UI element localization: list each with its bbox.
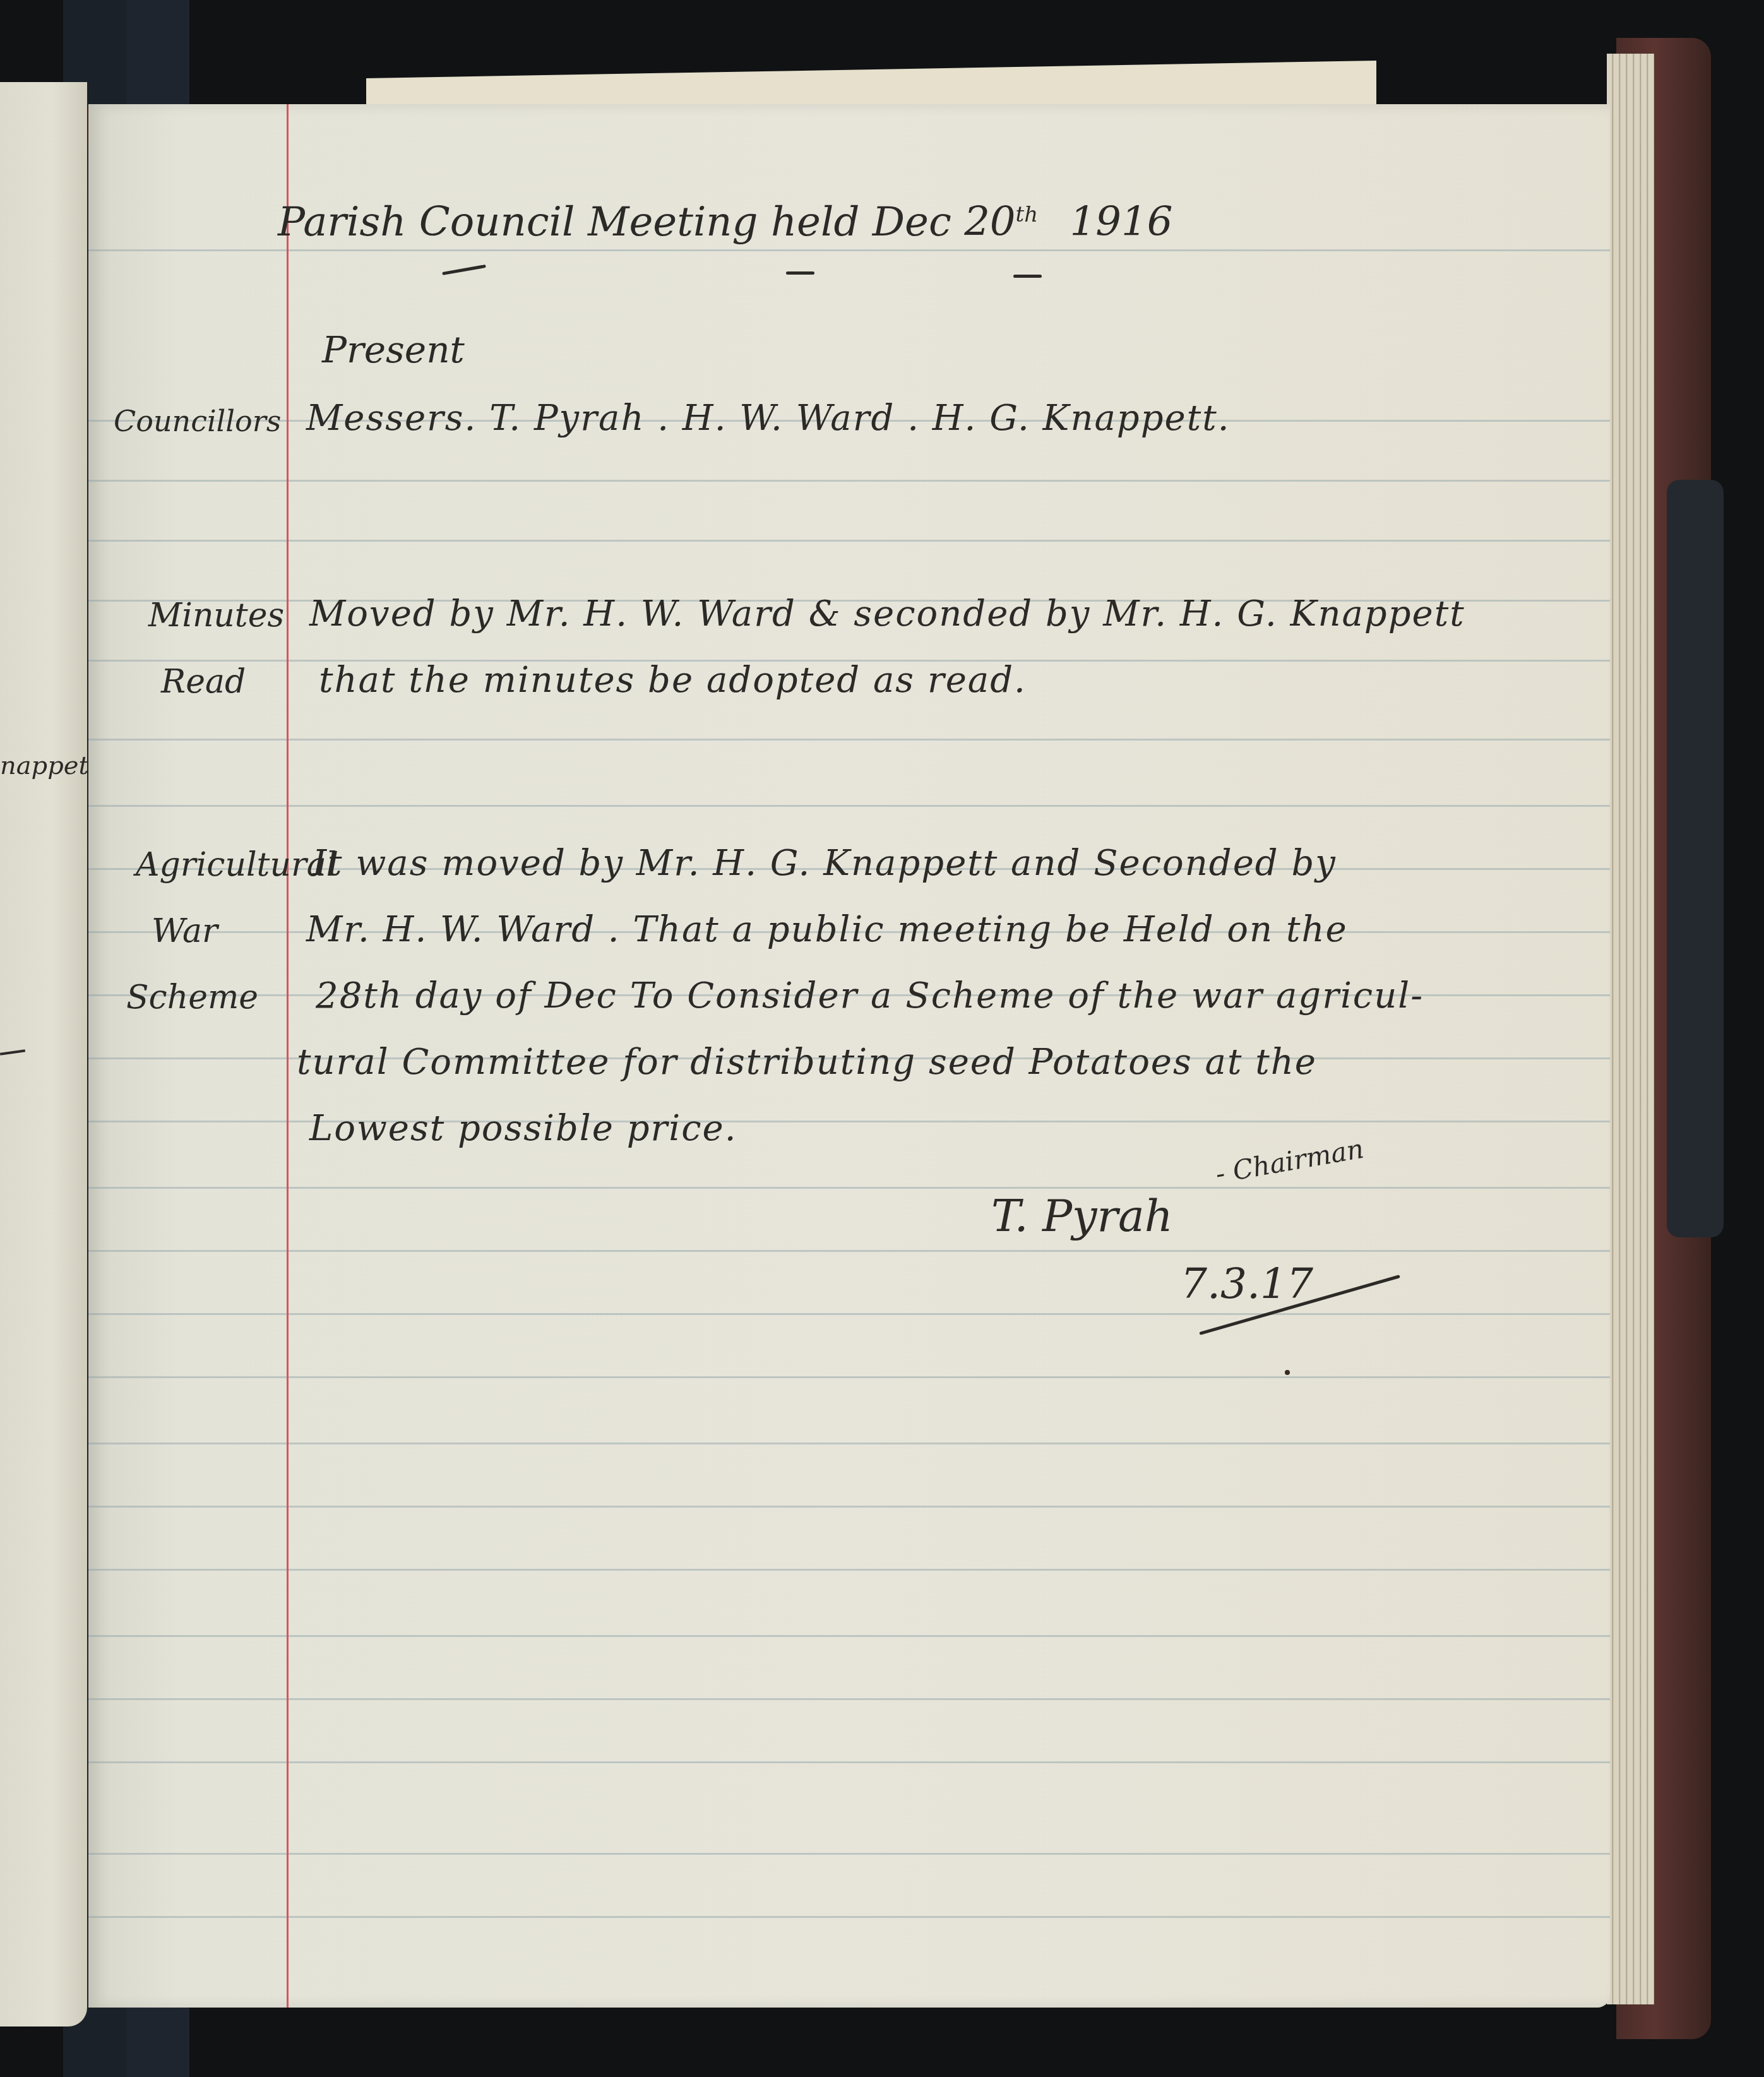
margin-label-agricultural: Agricultural — [136, 846, 337, 884]
present-heading: Present — [322, 328, 465, 371]
title-ordinal: th — [1016, 202, 1039, 227]
ruled-line — [88, 805, 1610, 807]
minutes-motion-line-2: that the minutes be adopted as read. — [319, 660, 1027, 701]
title-heading: Parish Council Meeting held Dec 20 — [278, 199, 1016, 246]
chairman-signature: T. Pyrah — [991, 1190, 1173, 1242]
chairman-role-label: - Chairman — [1213, 1133, 1366, 1189]
margin-label-war: War — [152, 912, 218, 950]
bookmark-ribbon — [1667, 480, 1724, 1237]
page-stack-edge — [1607, 54, 1654, 2004]
ruled-line — [88, 480, 1610, 482]
meeting-title: Parish Council Meeting held Dec 20th 191… — [278, 199, 1172, 246]
margin-label-councillors: Councillors — [114, 404, 281, 438]
ruled-line — [88, 1916, 1610, 1918]
ruled-line — [88, 1187, 1610, 1189]
ruled-line — [88, 1853, 1610, 1855]
left-page-fragment: nappett — [0, 751, 99, 780]
ruled-line — [88, 1376, 1610, 1378]
ink-dot — [1285, 1370, 1290, 1375]
margin-label-scheme: Scheme — [126, 979, 258, 1016]
scheme-motion-line-1: It was moved by Mr. H. G. Knappett and S… — [313, 843, 1337, 884]
councillors-present-line: Messers. T. Pyrah . H. W. Ward . H. G. K… — [306, 398, 1231, 439]
ruled-line — [88, 1635, 1610, 1637]
ruled-line — [88, 739, 1610, 741]
ruled-line — [88, 1569, 1610, 1571]
ruled-line — [88, 1761, 1610, 1763]
title-year: 1916 — [1070, 199, 1172, 246]
ruled-line — [88, 1443, 1610, 1444]
scheme-motion-line-3: 28th day of Dec To Consider a Scheme of … — [316, 975, 1424, 1016]
minutes-motion-line-1: Moved by Mr. H. W. Ward & seconded by Mr… — [309, 593, 1465, 634]
minute-book-page: Parish Council Meeting held Dec 20th 191… — [88, 104, 1610, 2008]
scheme-motion-line-5: Lowest possible price. — [309, 1108, 737, 1149]
signature-date: 7.3.17 — [1181, 1259, 1313, 1308]
title-underline-mark — [442, 265, 486, 275]
ruled-line — [88, 1506, 1610, 1508]
ruled-line — [88, 540, 1610, 542]
title-underline-mark — [786, 271, 814, 275]
ruled-line — [88, 1313, 1610, 1315]
scheme-motion-line-4: tural Committee for distributing seed Po… — [297, 1042, 1317, 1083]
margin-label-minutes: Minutes — [148, 597, 284, 634]
ruled-line — [88, 1250, 1610, 1252]
scheme-motion-line-2: Mr. H. W. Ward . That a public meeting b… — [306, 909, 1348, 950]
margin-label-read: Read — [161, 663, 246, 701]
red-margin-rule — [287, 104, 289, 2008]
ruled-line — [88, 249, 1610, 251]
left-page-ink-mark — [0, 1049, 25, 1056]
left-page: nappett — [0, 82, 87, 2026]
title-underline-mark — [1013, 275, 1042, 278]
ruled-line — [88, 1698, 1610, 1700]
